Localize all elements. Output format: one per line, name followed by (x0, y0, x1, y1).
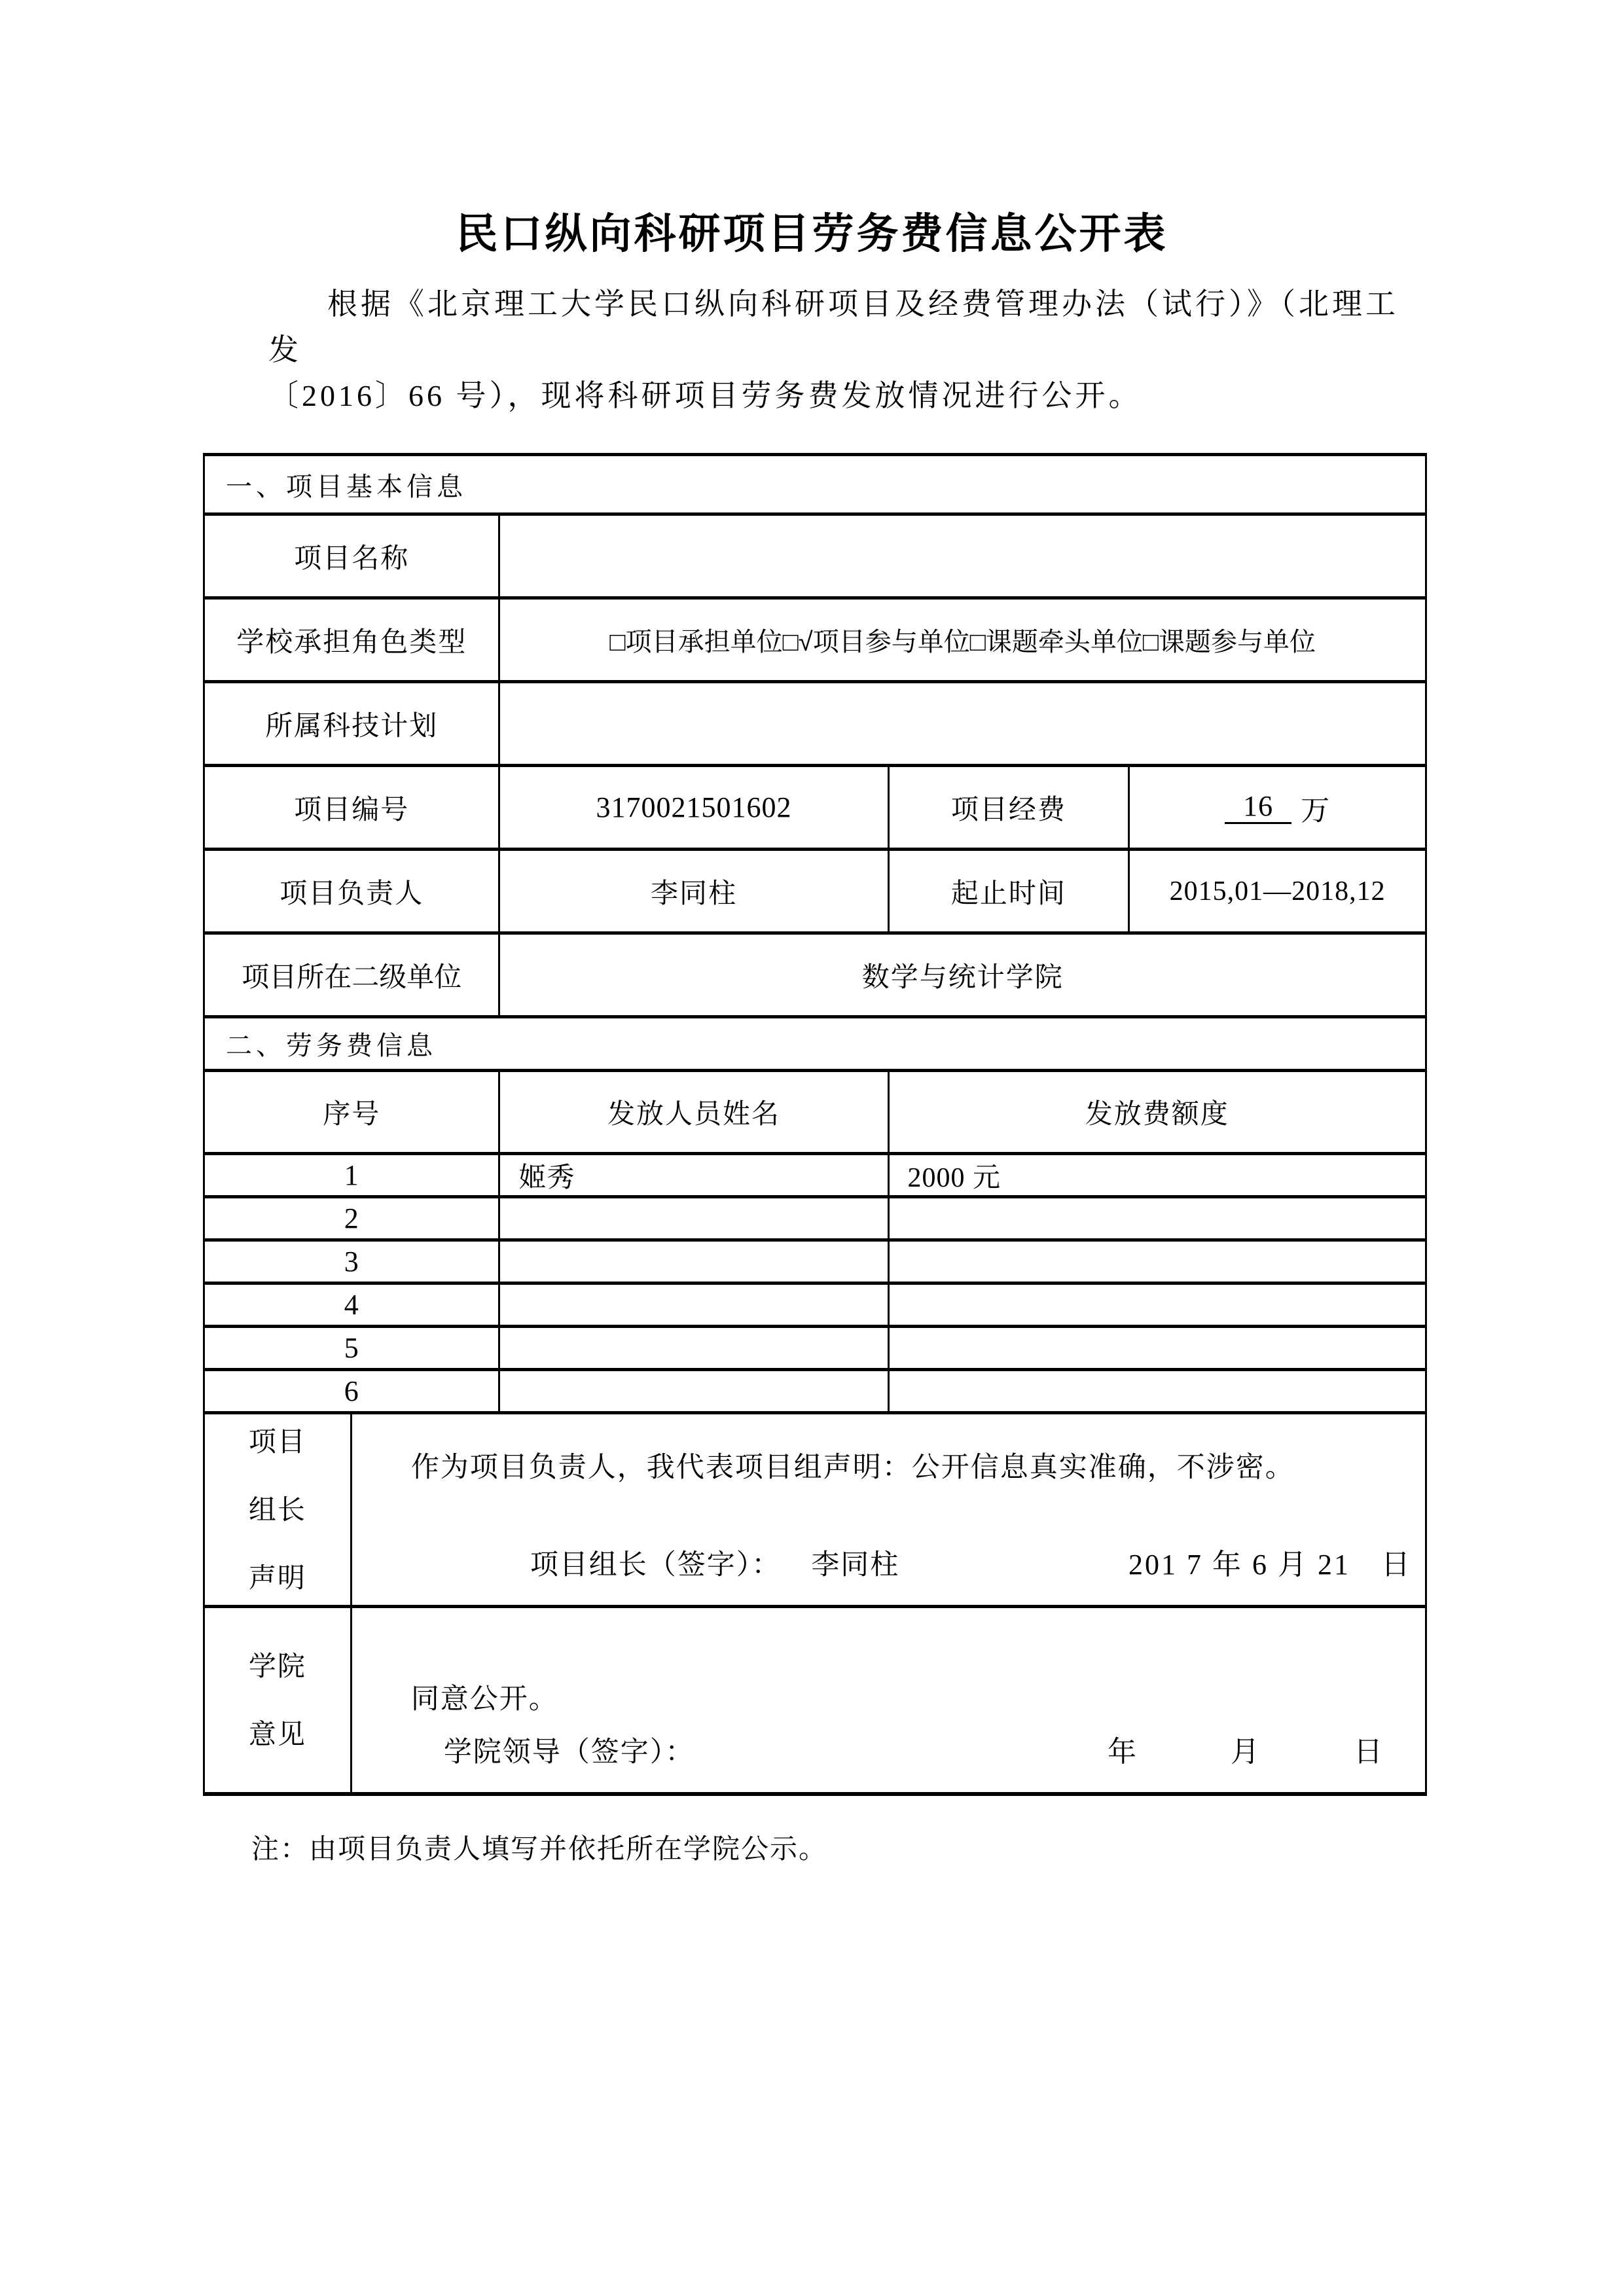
leader-row: 项目负责人 李同柱 起止时间 2015,01—2018,12 (205, 848, 1425, 931)
fee-row-amount (888, 1328, 1425, 1368)
declaration-label: 项目 组长 声明 (205, 1414, 350, 1605)
fee-row-no: 4 (205, 1285, 498, 1325)
col-header-name: 发放人员姓名 (498, 1072, 887, 1152)
project-name-value (498, 516, 1425, 596)
declaration-label-line: 项目 (249, 1408, 306, 1476)
declaration-row: 项目 组长 声明 作为项目负责人，我代表项目组声明：公开信息真实准确，不涉密。 … (205, 1411, 1425, 1605)
declaration-statement: 作为项目负责人，我代表项目组声明：公开信息真实准确，不涉密。 (352, 1414, 1425, 1488)
funds-unit: 万 (1301, 787, 1330, 829)
opinion-content: 同意公开。 学院领导（签字）： 年 月 日 (350, 1608, 1425, 1792)
col-header-amount: 发放费额度 (888, 1072, 1425, 1152)
project-name-label: 项目名称 (205, 516, 498, 596)
leader-value: 李同柱 (498, 851, 887, 931)
fee-row-amount (888, 1371, 1425, 1411)
fee-row-amount (888, 1285, 1425, 1325)
document-page: 民口纵向科研项目劳务费信息公开表 根据《北京理工大学民口纵向科研项目及经费管理办… (0, 0, 1624, 2296)
funds-label: 项目经费 (888, 767, 1128, 848)
fee-row-no: 2 (205, 1198, 498, 1238)
fee-row-4: 4 (205, 1282, 1425, 1325)
project-name-row: 项目名称 (205, 512, 1425, 596)
fee-row-6: 6 (205, 1368, 1425, 1411)
tech-plan-value (498, 683, 1425, 764)
fee-row-2: 2 (205, 1195, 1425, 1238)
opinion-statement: 同意公开。 (352, 1608, 1425, 1719)
fee-row-name (498, 1371, 887, 1411)
fee-row-5: 5 (205, 1325, 1425, 1368)
unit-label: 项目所在二级单位 (205, 935, 498, 1015)
fee-row-no: 5 (205, 1328, 498, 1368)
role-type-row: 学校承担角色类型 □项目承担单位□√项目参与单位□课题牵头单位□课题参与单位 (205, 596, 1425, 680)
opinion-signature-line: 学院领导（签字）： 年 月 日 (352, 1728, 1425, 1792)
opinion-sign-date: 年 月 日 (1108, 1728, 1384, 1770)
col-header-index: 序号 (205, 1072, 498, 1152)
project-no-row: 项目编号 3170021501602 项目经费 16 万 (205, 764, 1425, 848)
declaration-sign-label: 项目组长（签字）： (530, 1543, 782, 1583)
opinion-label-line: 意见 (249, 1700, 306, 1768)
duration-value: 2015,01—2018,12 (1128, 851, 1425, 931)
declaration-content: 作为项目负责人，我代表项目组声明：公开信息真实准确，不涉密。 项目组长（签字）：… (350, 1414, 1425, 1605)
section2-columns-row: 序号 发放人员姓名 发放费额度 (205, 1069, 1425, 1152)
intro-paragraph: 根据《北京理工大学民口纵向科研项目及经费管理办法（试行）》（北理工发 〔2016… (268, 281, 1428, 419)
intro-line-1: 根据《北京理工大学民口纵向科研项目及经费管理办法（试行）》（北理工发 (268, 281, 1428, 373)
opinion-label: 学院 意见 (205, 1608, 350, 1792)
funds-value: 16 万 (1128, 767, 1425, 848)
project-no-label: 项目编号 (205, 767, 498, 848)
declaration-label-line: 声明 (249, 1544, 306, 1612)
fee-row-3: 3 (205, 1238, 1425, 1282)
project-no-value: 3170021501602 (498, 767, 887, 848)
opinion-sign-label: 学院领导（签字）： (444, 1730, 695, 1770)
unit-value: 数学与统计学院 (498, 935, 1425, 1015)
fee-row-name (498, 1328, 887, 1368)
fee-row-amount (888, 1242, 1425, 1282)
role-type-label: 学校承担角色类型 (205, 600, 498, 680)
fee-row-name: 姬秀 (498, 1155, 887, 1195)
declaration-signature-line: 项目组长（签字）： 李同柱 201 7 年 6 月 21 日 (352, 1541, 1425, 1605)
fee-row-no: 6 (205, 1371, 498, 1411)
opinion-label-line: 学院 (249, 1632, 306, 1700)
declaration-label-line: 组长 (249, 1476, 306, 1544)
declaration-sign-date: 201 7 年 6 月 21 日 (1128, 1541, 1412, 1583)
fee-row-no: 1 (205, 1155, 498, 1195)
fee-row-no: 3 (205, 1242, 498, 1282)
form-table: 一、项目基本信息 项目名称 学校承担角色类型 □项目承担单位□√项目参与单位□课… (203, 453, 1427, 1796)
tech-plan-row: 所属科技计划 (205, 680, 1425, 764)
unit-row: 项目所在二级单位 数学与统计学院 (205, 931, 1425, 1015)
page-title: 民口纵向科研项目劳务费信息公开表 (0, 0, 1624, 259)
intro-line-2: 〔2016〕66 号），现将科研项目劳务费发放情况进行公开。 (268, 373, 1428, 419)
leader-label: 项目负责人 (205, 851, 498, 931)
fee-row-1: 1 姬秀 2000 元 (205, 1152, 1425, 1195)
section2-header-row: 二、劳务费信息 (205, 1015, 1425, 1069)
footnote: 注：由项目负责人填写并依托所在学院公示。 (251, 1827, 1624, 1867)
opinion-row: 学院 意见 同意公开。 学院领导（签字）： 年 月 日 (205, 1605, 1425, 1792)
fee-row-amount: 2000 元 (888, 1155, 1425, 1195)
duration-label: 起止时间 (888, 851, 1128, 931)
section1-header: 一、项目基本信息 (205, 456, 1425, 512)
section2-header: 二、劳务费信息 (205, 1018, 1425, 1069)
fee-row-name (498, 1242, 887, 1282)
section1-header-row: 一、项目基本信息 (205, 456, 1425, 512)
declaration-sign-name: 李同柱 (811, 1543, 899, 1583)
fee-row-name (498, 1198, 887, 1238)
tech-plan-label: 所属科技计划 (205, 683, 498, 764)
fee-row-name (498, 1285, 887, 1325)
role-type-options: □项目承担单位□√项目参与单位□课题牵头单位□课题参与单位 (498, 600, 1425, 680)
fee-row-amount (888, 1198, 1425, 1238)
funds-amount: 16 (1225, 791, 1291, 824)
